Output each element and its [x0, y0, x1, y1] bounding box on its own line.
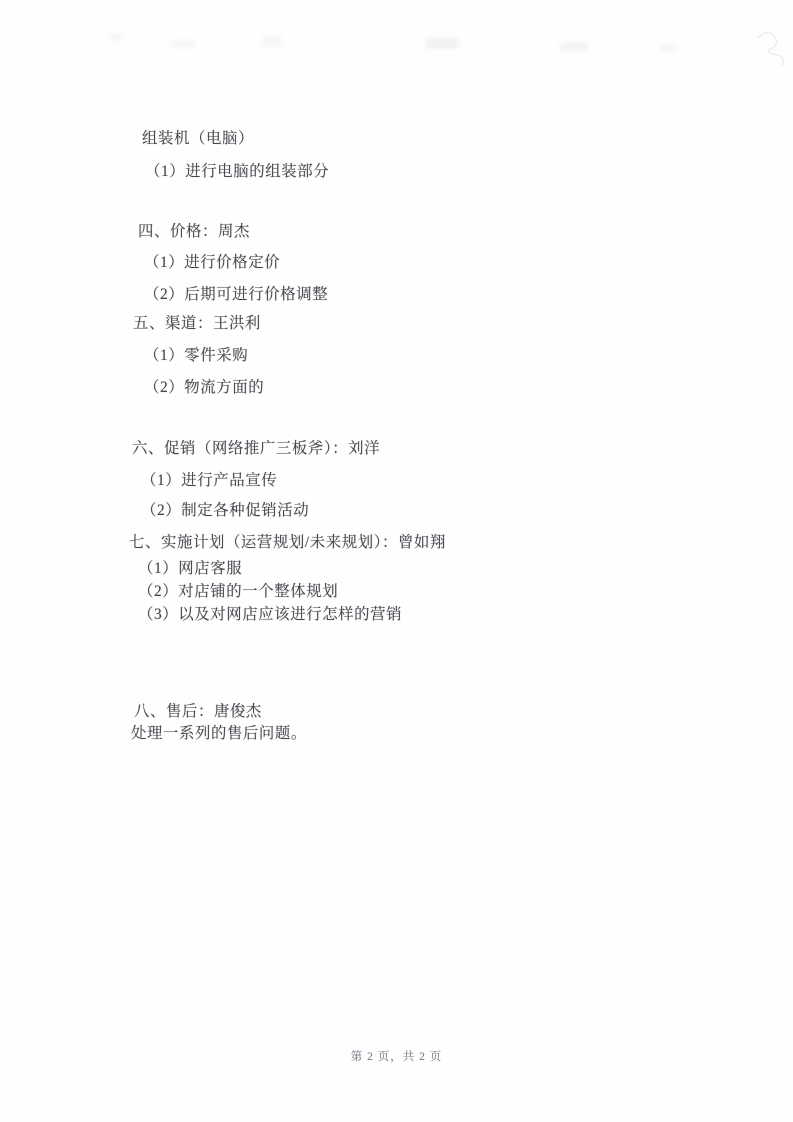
line-aftersales-desc: 处理一系列的售后问题。: [131, 721, 307, 743]
line-price-item-1: （1）进行价格定价: [144, 250, 280, 272]
page-number-footer: 第 2 页，共 2 页: [0, 1048, 793, 1064]
line-price-item-2: （2）后期可进行价格调整: [144, 282, 328, 304]
line-section-8-aftersales: 八、售后：唐俊杰: [134, 699, 262, 721]
pen-scribble-artifact: [752, 24, 792, 74]
scan-smudge: [425, 38, 459, 49]
line-channel-item-2: （2）物流方面的: [144, 375, 264, 397]
scan-smudge: [110, 34, 124, 41]
line-implementation-item-2: （2）对店铺的一个整体规划: [138, 579, 338, 601]
line-section-5-channel: 五、渠道：王洪利: [133, 311, 261, 333]
line-section-6-promotion: 六、促销（网络推广三板斧）：刘洋: [132, 436, 380, 458]
scan-smudge: [660, 44, 678, 51]
line-section-7-implementation: 七、实施计划（运营规划/未来规划）：曾如翔: [129, 530, 446, 552]
scan-smudge: [170, 40, 196, 48]
line-assembly-item-1: （1）进行电脑的组装部分: [145, 159, 329, 181]
line-promotion-item-2: （2）制定各种促销活动: [141, 498, 309, 520]
scan-smudge: [560, 42, 588, 51]
line-implementation-item-3: （3）以及对网店应该进行怎样的营销: [138, 602, 402, 624]
scanned-document-page: 组装机（电脑） （1）进行电脑的组装部分 四、价格：周杰 （1）进行价格定价 （…: [0, 0, 793, 1122]
line-implementation-item-1: （1）网店客服: [138, 556, 242, 578]
scan-artifacts: [0, 0, 793, 120]
line-channel-item-1: （1）零件采购: [144, 343, 248, 365]
line-promotion-item-1: （1）进行产品宣传: [141, 468, 277, 490]
line-section-4-price: 四、价格：周杰: [138, 219, 250, 241]
scan-smudge: [262, 36, 282, 46]
line-assembly-title: 组装机（电脑）: [142, 126, 254, 148]
